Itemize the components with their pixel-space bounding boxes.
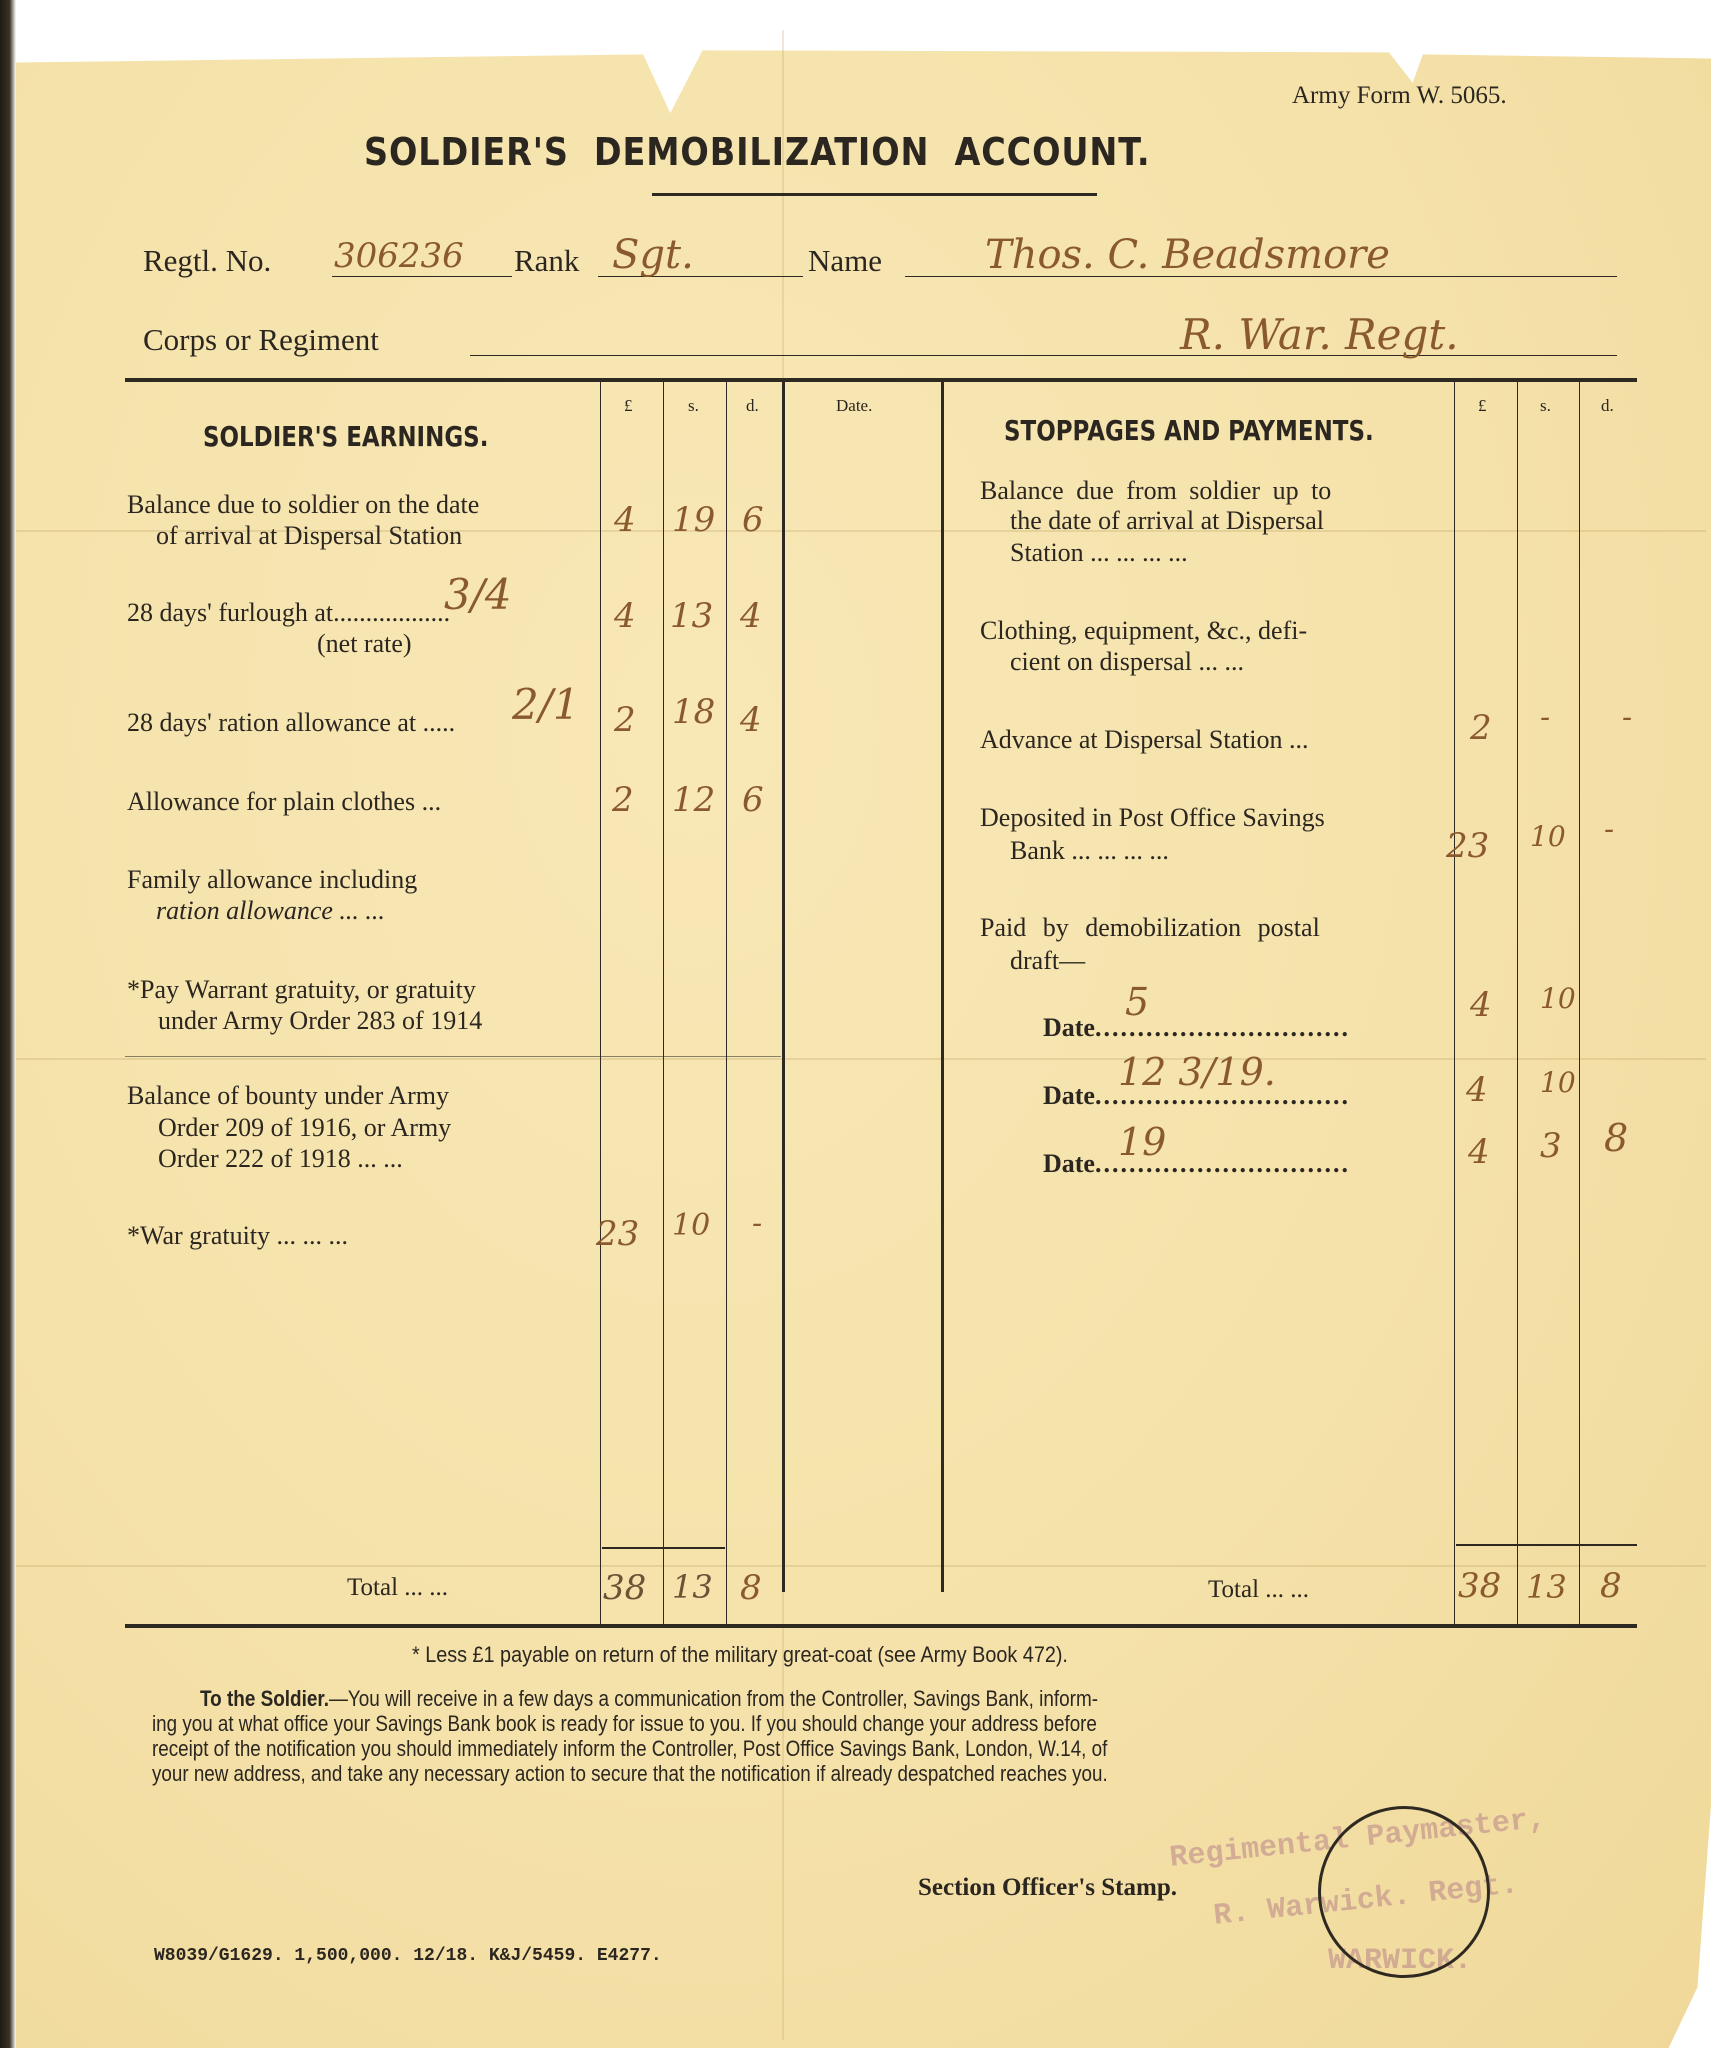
notice-lead: To the Soldier. <box>200 1686 329 1711</box>
title-word: SOLDIER'S <box>364 130 569 174</box>
draft-date-value[interactable]: 19 <box>1118 1120 1166 1164</box>
earnings-pence[interactable]: - <box>752 1206 762 1241</box>
stoppages-total-shillings[interactable]: 13 <box>1526 1568 1567 1606</box>
page-title: SOLDIER'S DEMOBILIZATION ACCOUNT. <box>364 130 1150 174</box>
stoppages-pounds[interactable]: 2 <box>1470 708 1492 748</box>
earnings-shillings[interactable]: 19 <box>672 500 715 540</box>
earnings-pounds[interactable]: 2 <box>614 700 636 740</box>
fold-crease <box>16 1058 1706 1060</box>
draft-pounds[interactable]: 4 <box>1470 985 1492 1025</box>
title-word: DEMOBILIZATION <box>594 130 930 174</box>
draft-pence[interactable]: 8 <box>1604 1116 1628 1160</box>
stoppages-total-label: Total ... ... <box>1208 1576 1309 1604</box>
stoppages-pounds[interactable]: 23 <box>1446 826 1489 866</box>
stoppages-row-label: Deposited in Post Office Savings <box>980 803 1325 833</box>
header-pounds: £ <box>624 396 633 416</box>
earnings-pounds[interactable]: 4 <box>614 500 636 540</box>
col-rule-pounds <box>600 382 601 1624</box>
earnings-total-shillings[interactable]: 13 <box>672 1568 713 1606</box>
stoppages-shillings[interactable]: - <box>1540 700 1550 735</box>
fold-crease <box>16 1565 1706 1567</box>
stamp-circle-icon <box>1318 1806 1490 1978</box>
stoppages-row-label: Bank ... ... ... ... <box>1010 836 1169 866</box>
regtl-no-label: Regtl. No. <box>143 243 271 279</box>
earnings-row-label: *Pay Warrant gratuity, or gratuity <box>127 975 476 1005</box>
earnings-total-pence[interactable]: 8 <box>740 1568 762 1608</box>
rank-label: Rank <box>514 243 579 279</box>
form-number: Army Form W. 5065. <box>1292 82 1507 110</box>
stoppages-pence[interactable]: - <box>1622 700 1632 735</box>
header-shillings: s. <box>688 396 699 416</box>
footnote: * Less £1 payable on return of the milit… <box>412 1642 1068 1668</box>
col-rule-pence-right <box>1579 382 1580 1624</box>
earnings-shillings[interactable]: 13 <box>670 596 713 636</box>
earnings-row-label: (net rate) <box>317 629 412 659</box>
earnings-row-label: *War gratuity ... ... ... <box>127 1221 348 1251</box>
corps-value[interactable]: R. War. Regt. <box>1180 310 1459 359</box>
stoppages-row-label: Station ... ... ... ... <box>1010 538 1188 568</box>
draft-pounds[interactable]: 4 <box>1466 1070 1488 1110</box>
notice-line: receipt of the notification you should i… <box>152 1736 1107 1762</box>
table-bottom-rule <box>125 1624 1637 1628</box>
stoppages-total-pence[interactable]: 8 <box>1600 1566 1622 1606</box>
earnings-row-label: ration allowance ... ... <box>156 896 385 926</box>
earnings-row-label: 28 days' furlough at.................. <box>127 598 450 628</box>
notice-line: To the Soldier.—You will receive in a fe… <box>200 1686 1098 1712</box>
col-rule-date-left <box>782 382 785 1592</box>
earnings-row-label: Allowance for plain clothes ... <box>127 787 441 817</box>
col-rule-date-right <box>941 382 944 1592</box>
scan-edge <box>0 0 16 2048</box>
earnings-pounds[interactable]: 2 <box>612 780 634 820</box>
stoppages-row-label: Clothing, equipment, &c., defi- <box>980 616 1307 646</box>
stoppages-shillings[interactable]: 10 <box>1530 820 1566 853</box>
earnings-total-pounds[interactable]: 38 <box>603 1568 646 1608</box>
earnings-pence[interactable]: 4 <box>740 596 762 636</box>
earnings-row-label: of arrival at Dispersal Station <box>156 521 462 551</box>
earnings-shillings[interactable]: 18 <box>672 692 715 732</box>
furlough-rate[interactable]: 3/4 <box>444 570 512 619</box>
earnings-row-label: Balance of bounty under Army <box>127 1081 449 1111</box>
col-rule-pounds-right <box>1454 382 1455 1624</box>
earnings-row-label: Order 209 of 1916, or Army <box>158 1113 451 1143</box>
stoppages-row-label: Balance due from soldier up to <box>980 476 1331 506</box>
ration-rate[interactable]: 2/1 <box>512 680 580 729</box>
name-label: Name <box>808 243 882 279</box>
earnings-shillings[interactable]: 12 <box>672 780 715 820</box>
total-rule <box>602 1547 725 1549</box>
table-top-rule <box>125 378 1637 382</box>
title-word: ACCOUNT. <box>954 130 1150 174</box>
header-shillings: s. <box>1540 396 1551 416</box>
earnings-pounds[interactable]: 23 <box>596 1214 639 1254</box>
print-code: W8039/G1629. 1,500,000. 12/18. K&J/5459.… <box>154 1946 662 1966</box>
stoppages-row-label: the date of arrival at Dispersal <box>1010 506 1324 536</box>
regtl-no-value[interactable]: 306236 <box>334 236 464 276</box>
stoppages-row-label: Advance at Dispersal Station ... <box>980 725 1309 755</box>
earnings-pence[interactable]: 6 <box>742 500 764 540</box>
notice-line: your new address, and take any necessary… <box>152 1761 1108 1787</box>
stoppages-heading: STOPPAGES AND PAYMENTS. <box>1004 414 1374 447</box>
earnings-row-label: 28 days' ration allowance at ..... <box>127 708 455 738</box>
header-pounds: £ <box>1478 396 1487 416</box>
header-date: Date. <box>836 396 872 416</box>
earnings-pounds[interactable]: 4 <box>614 596 636 636</box>
draft-shillings[interactable]: 10 <box>1540 982 1576 1015</box>
earnings-shillings[interactable]: 10 <box>672 1208 710 1243</box>
earnings-row-label: Order 222 of 1918 ... ... <box>158 1144 403 1174</box>
name-value[interactable]: Thos. C. Beadsmore <box>985 232 1390 278</box>
earnings-row-label: under Army Order 283 of 1914 <box>158 1006 482 1036</box>
header-pence: d. <box>1601 396 1614 416</box>
stoppages-pence[interactable]: - <box>1604 812 1614 847</box>
col-rule-shillings <box>663 382 664 1624</box>
draft-shillings[interactable]: 3 <box>1540 1126 1562 1166</box>
draft-date-value[interactable]: 5 <box>1125 980 1149 1024</box>
corps-label: Corps or Regiment <box>143 322 379 358</box>
stoppages-row-label: draft— <box>1010 946 1085 976</box>
section-rule <box>125 1056 781 1057</box>
stoppages-row-label: cient on dispersal ... ... <box>1010 647 1244 677</box>
section-officer-stamp-label: Section Officer's Stamp. <box>918 1874 1177 1902</box>
total-rule <box>1456 1544 1637 1546</box>
col-rule-shillings-right <box>1517 382 1518 1624</box>
draft-shillings[interactable]: 10 <box>1540 1066 1576 1099</box>
rank-value[interactable]: Sgt. <box>612 232 694 278</box>
earnings-row-label: Family allowance including <box>127 865 417 895</box>
draft-date-value[interactable]: 12 3/19. <box>1118 1050 1276 1094</box>
stoppages-total-pounds[interactable]: 38 <box>1458 1566 1501 1606</box>
notice-line: ing you at what office your Savings Bank… <box>152 1711 1097 1737</box>
stoppages-row-label: Paid by demobilization postal <box>980 913 1320 943</box>
draft-pounds[interactable]: 4 <box>1468 1132 1490 1172</box>
earnings-pence[interactable]: 6 <box>742 780 764 820</box>
earnings-row-label: Balance due to soldier on the date <box>127 490 479 520</box>
earnings-heading: SOLDIER'S EARNINGS. <box>203 420 488 453</box>
earnings-pence[interactable]: 4 <box>740 700 762 740</box>
draft-date-label: Date.............................. <box>1043 1149 1350 1179</box>
field-rule <box>332 276 512 277</box>
col-rule-pence <box>726 382 727 1624</box>
header-pence: d. <box>746 396 759 416</box>
earnings-total-label: Total ... ... <box>347 1574 448 1602</box>
title-underline <box>652 193 1097 196</box>
draft-date-label: Date.............................. <box>1043 1013 1350 1043</box>
